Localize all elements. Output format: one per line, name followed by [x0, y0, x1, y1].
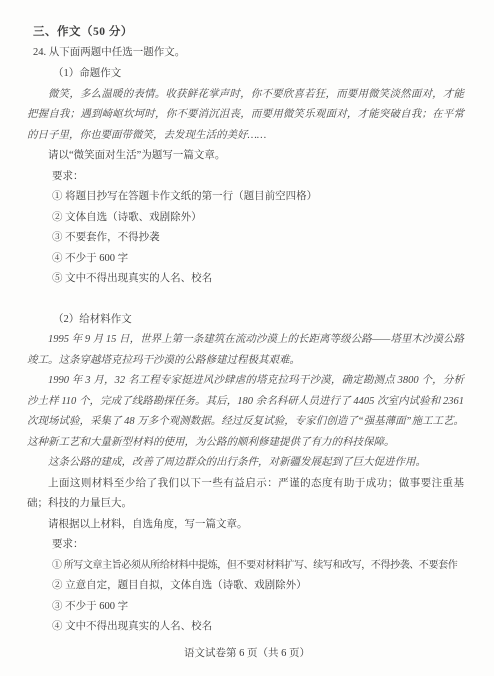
- option-2-material-paragraph: 1995 年 9 月 15 日，世界上第一条建筑在流动沙漠上的长距离等级公路——…: [27, 330, 464, 371]
- requirement-item: ④ 不少于 600 字: [52, 249, 464, 270]
- option-1-requirements-label: 要求：: [52, 167, 464, 188]
- option-2-requirements-label: 要求：: [52, 535, 464, 556]
- section-heading: 三、作文（50 分）: [33, 22, 464, 43]
- option-2-title: （2）给材料作文: [53, 310, 464, 331]
- option-2-task: 请根据以上材料，自选角度，写一篇文章。: [27, 515, 464, 536]
- option-1-prompt-text: 微笑，多么温暖的表情。收获鲜花掌声时，你不要欣喜若狂，而要用微笑淡然面对，才能把…: [27, 85, 464, 147]
- requirement-item: ⑤ 文中不得出现真实的人名、校名: [52, 269, 464, 290]
- option-1-task: 请以“微笑面对生活”为题写一篇文章。: [27, 146, 464, 167]
- essay-option-1: （1）命题作文 微笑，多么温暖的表情。收获鲜花掌声时，你不要欣喜若狂，而要用微笑…: [27, 64, 464, 290]
- option-2-material-paragraph: 这条公路的建成，改善了周边群众的出行条件，对新疆发展起到了巨大促进作用。: [27, 453, 464, 474]
- requirement-item: ③ 不少于 600 字: [52, 597, 464, 618]
- essay-option-2: （2）给材料作文 1995 年 9 月 15 日，世界上第一条建筑在流动沙漠上的…: [27, 310, 464, 638]
- option-2-material-paragraph: 1990 年 3 月，32 名工程专家挺进风沙肆虐的塔克拉玛干沙漠，确定勘测点 …: [27, 371, 464, 453]
- exam-paper-page: 三、作文（50 分） 24. 从下面两题中任选一题作文。 （1）命题作文 微笑，…: [0, 0, 494, 676]
- requirement-item: ① 所写文章主旨必须从所给材料中提炼，但不要对材料扩写、续写和改写，不得抄袭、不…: [52, 556, 464, 577]
- requirement-item: ③ 不要套作，不得抄袭: [52, 228, 464, 249]
- page-footer: 语文试卷第 6 页（共 6 页）: [0, 644, 494, 665]
- requirement-item: ① 将题目抄写在答题卡作文纸的第一行（题目前空四格）: [52, 187, 464, 208]
- requirement-item: ② 立意自定，题目自拟，文体自选（诗歌、戏剧除外）: [52, 576, 464, 597]
- option-1-title: （1）命题作文: [53, 64, 464, 85]
- option-2-insight-text: 上面这则材料至少给了我们以下一些有益启示：严谨的态度有助于成功；做事要注重基础；…: [27, 474, 464, 515]
- requirement-item: ② 文体自选（诗歌、戏剧除外）: [52, 208, 464, 229]
- requirement-item: ④ 文中不得出现真实的人名、校名: [52, 617, 464, 638]
- question-intro: 24. 从下面两题中任选一题作文。: [33, 43, 464, 64]
